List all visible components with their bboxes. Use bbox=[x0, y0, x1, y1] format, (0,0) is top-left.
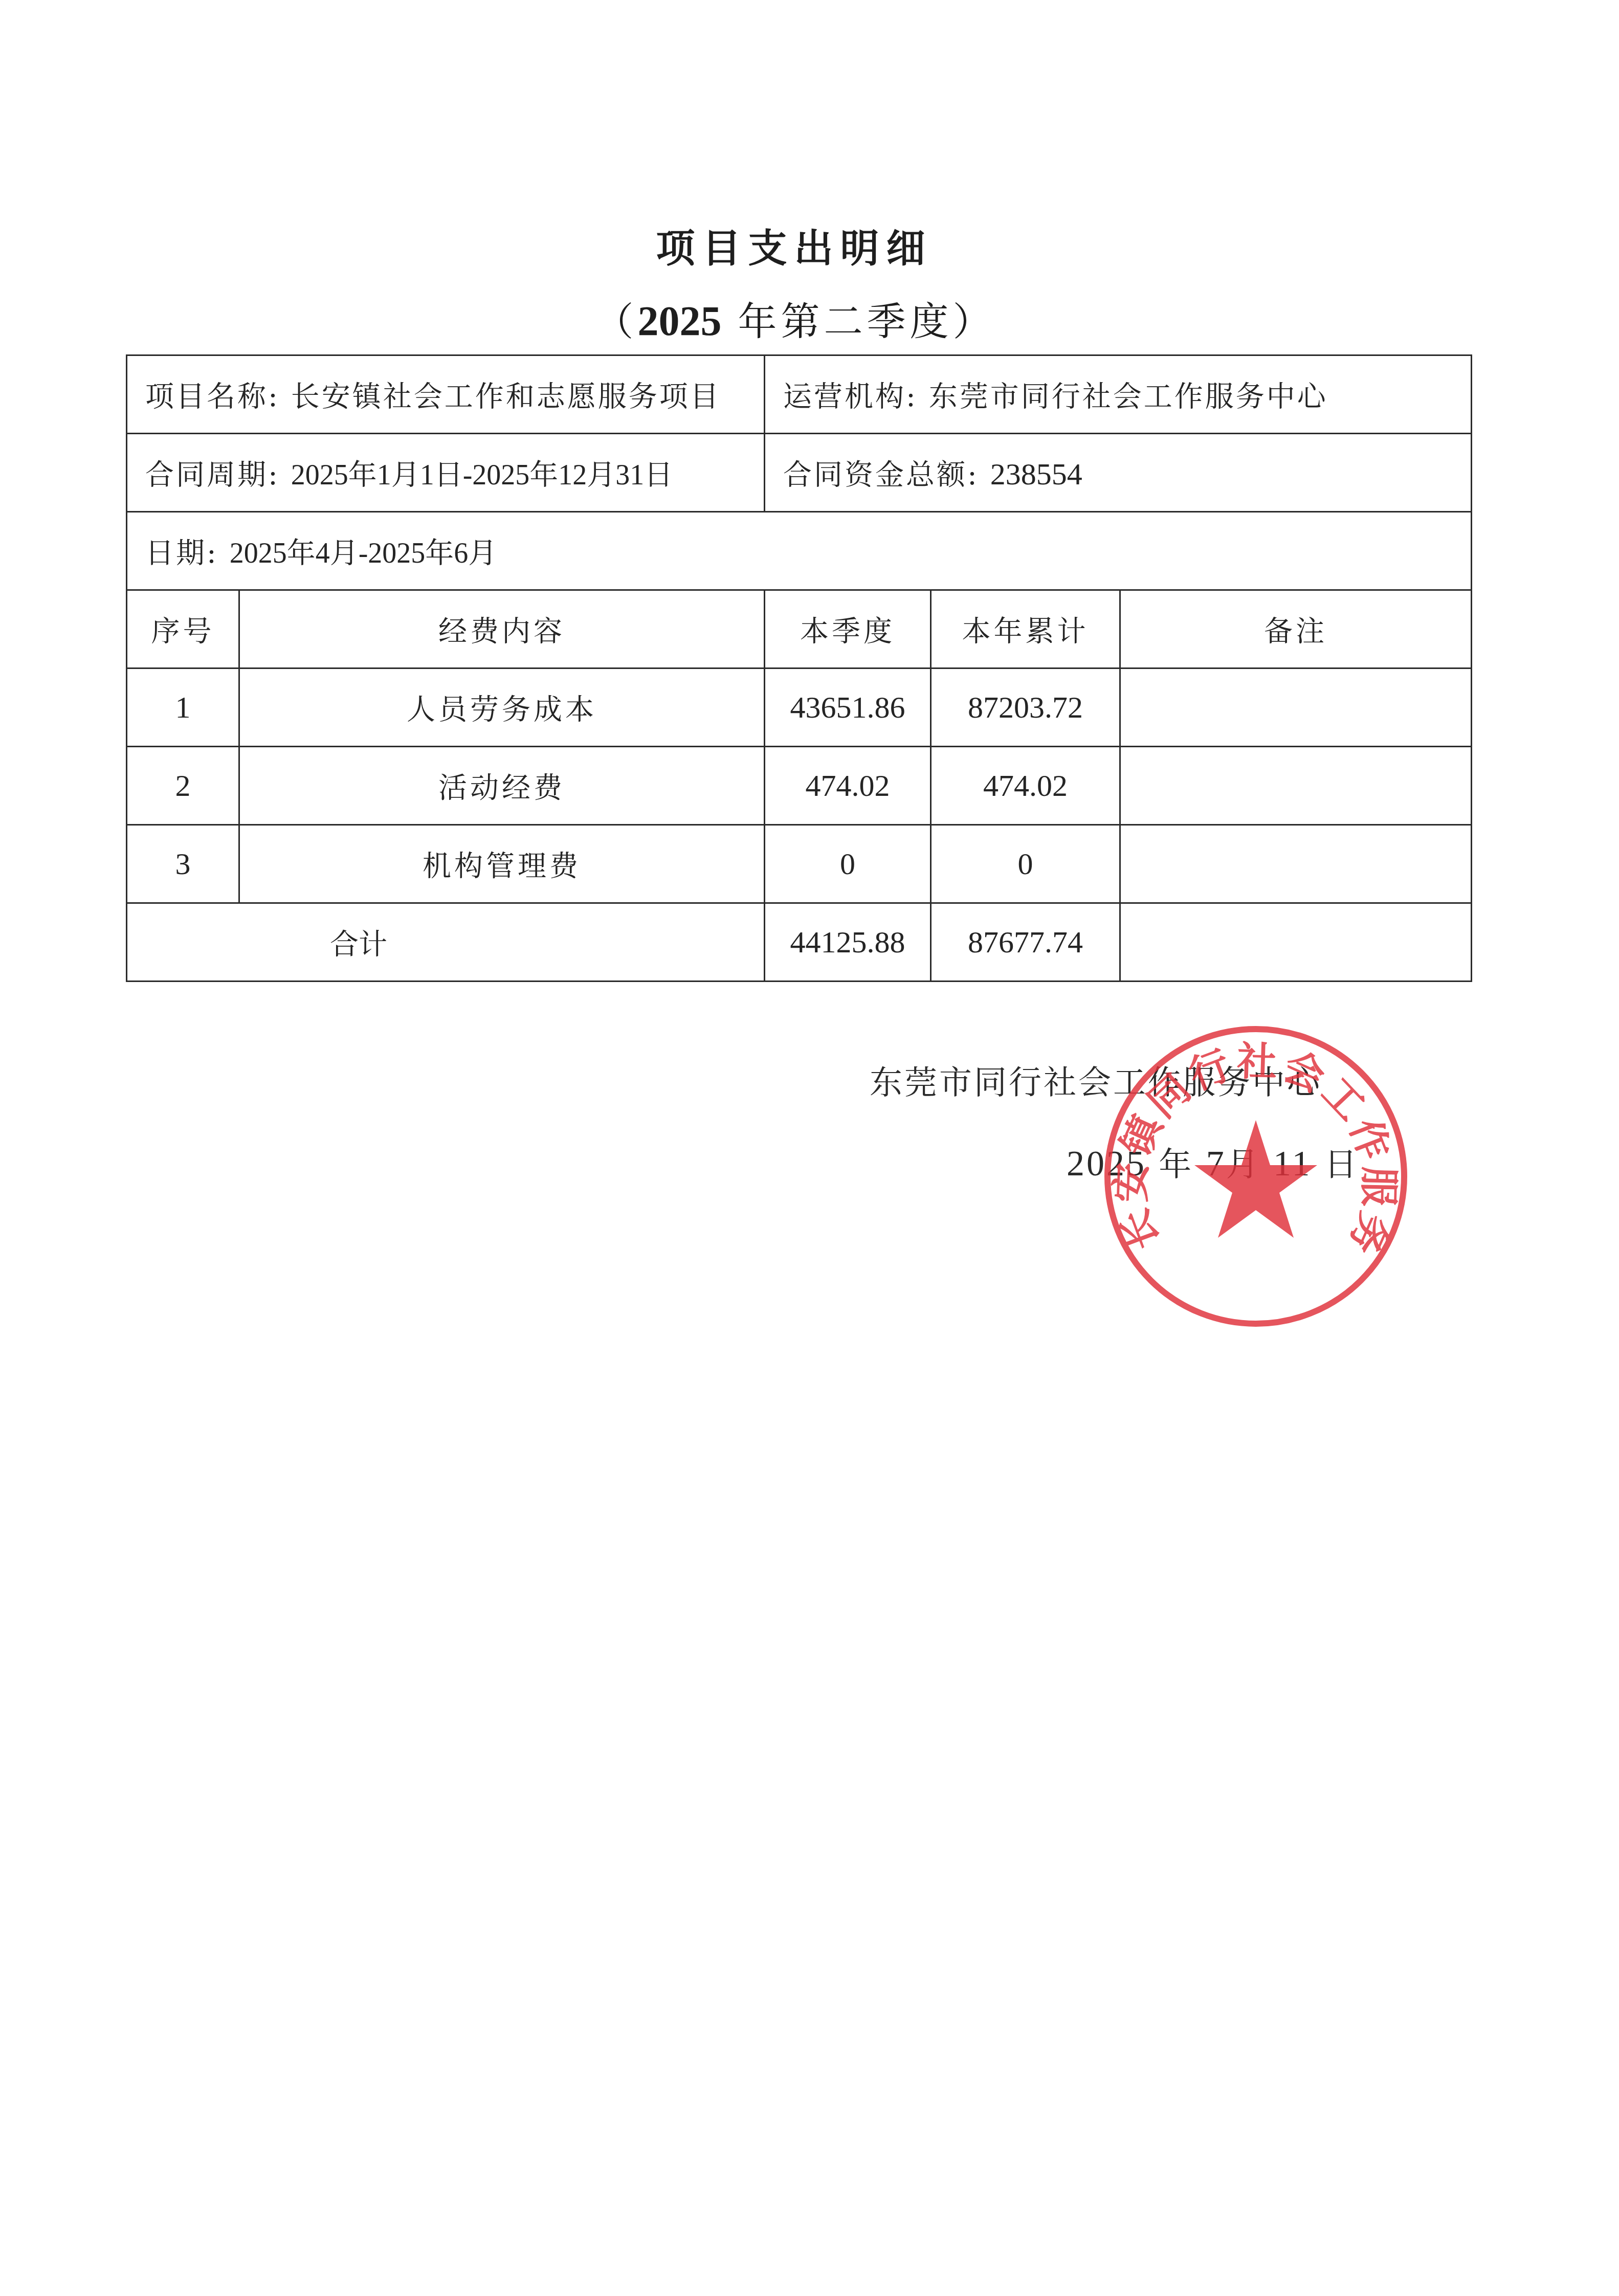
table-row: 1 人员劳务成本 43651.86 87203.72 bbox=[127, 668, 1472, 747]
header-ytd: 本年累计 bbox=[931, 590, 1120, 668]
row-ytd: 0 bbox=[931, 825, 1120, 903]
row-item: 机构管理费 bbox=[239, 825, 765, 903]
header-quarter: 本季度 bbox=[765, 590, 931, 668]
table-row: 3 机构管理费 0 0 bbox=[127, 825, 1472, 903]
total-note bbox=[1120, 903, 1472, 982]
table-total-row: 合计 44125.88 87677.74 bbox=[127, 903, 1472, 982]
contract-period-cell: 合同周期: 2025年1月1日-2025年12月31日 bbox=[127, 434, 765, 512]
date-month: 7 bbox=[1206, 1144, 1226, 1184]
project-name-cell: 项目名称: 长安镇社会工作和志愿服务项目 bbox=[127, 355, 765, 434]
contract-amount-label: 合同资金总额: bbox=[783, 458, 979, 492]
info-row-project: 项目名称: 长安镇社会工作和志愿服务项目 运营机构: 东莞市同行社会工作服务中心 bbox=[127, 355, 1472, 434]
row-quarter: 43651.86 bbox=[765, 668, 931, 747]
date-day-unit: 日 bbox=[1324, 1146, 1359, 1184]
row-quarter: 474.02 bbox=[765, 747, 931, 825]
table-header-row: 序号 经费内容 本季度 本年累计 备注 bbox=[127, 590, 1472, 668]
row-item: 活动经费 bbox=[239, 747, 765, 825]
info-row-contract: 合同周期: 2025年1月1日-2025年12月31日 合同资金总额: 2385… bbox=[127, 434, 1472, 512]
subtitle-close-paren: ） bbox=[953, 299, 996, 344]
info-row-date: 日期: 2025年4月-2025年6月 bbox=[127, 512, 1472, 590]
operator-cell: 运营机构: 东莞市同行社会工作服务中心 bbox=[765, 355, 1472, 434]
row-ytd: 474.02 bbox=[931, 747, 1120, 825]
row-note bbox=[1120, 825, 1472, 903]
expense-table: 项目名称: 长安镇社会工作和志愿服务项目 运营机构: 东莞市同行社会工作服务中心… bbox=[126, 354, 1472, 982]
date-month-unit: 月 bbox=[1226, 1146, 1261, 1184]
header-no: 序号 bbox=[127, 590, 239, 668]
date-day: 11 bbox=[1273, 1144, 1312, 1184]
project-name-value: 长安镇社会工作和志愿服务项目 bbox=[291, 380, 721, 413]
contract-period-value: 2025年1月1日-2025年12月31日 bbox=[291, 459, 673, 491]
row-item: 人员劳务成本 bbox=[239, 668, 765, 747]
date-year: 2025 bbox=[1067, 1144, 1146, 1184]
total-label: 合计 bbox=[127, 903, 765, 982]
table-row: 2 活动经费 474.02 474.02 bbox=[127, 747, 1472, 825]
row-no: 1 bbox=[127, 668, 239, 747]
row-no: 3 bbox=[127, 825, 239, 903]
date-label: 日期: bbox=[145, 537, 218, 570]
contract-period-label: 合同周期: bbox=[145, 458, 280, 492]
header-note: 备注 bbox=[1120, 590, 1472, 668]
date-cell: 日期: 2025年4月-2025年6月 bbox=[127, 512, 1472, 590]
operator-value: 东莞市同行社会工作服务中心 bbox=[929, 380, 1328, 413]
signature-organization: 东莞市同行社会工作服务中心 bbox=[870, 1056, 1322, 1103]
row-quarter: 0 bbox=[765, 825, 931, 903]
total-ytd: 87677.74 bbox=[931, 903, 1120, 982]
signature-date: 2025 年 7月 11 日 bbox=[1067, 1138, 1359, 1185]
page-subtitle: （2025 年第二季度） bbox=[0, 291, 1605, 346]
total-quarter: 44125.88 bbox=[765, 903, 931, 982]
row-no: 2 bbox=[127, 747, 239, 825]
page-title: 项目支出明细 bbox=[0, 217, 1604, 273]
contract-amount-value: 238554 bbox=[990, 457, 1082, 491]
subtitle-open-paren: （ bbox=[594, 299, 637, 344]
subtitle-quarter: 年第二季度 bbox=[738, 299, 953, 344]
date-year-unit: 年 bbox=[1159, 1146, 1193, 1184]
subtitle-year: 2025 bbox=[637, 298, 721, 344]
header-item: 经费内容 bbox=[239, 590, 765, 668]
row-note bbox=[1120, 668, 1472, 747]
operator-label: 运营机构: bbox=[783, 380, 918, 413]
date-range-value: 2025年4月-2025年6月 bbox=[230, 538, 497, 569]
row-note bbox=[1120, 747, 1472, 825]
contract-amount-cell: 合同资金总额: 238554 bbox=[765, 434, 1472, 512]
project-name-label: 项目名称: bbox=[145, 380, 280, 413]
row-ytd: 87203.72 bbox=[931, 668, 1120, 747]
